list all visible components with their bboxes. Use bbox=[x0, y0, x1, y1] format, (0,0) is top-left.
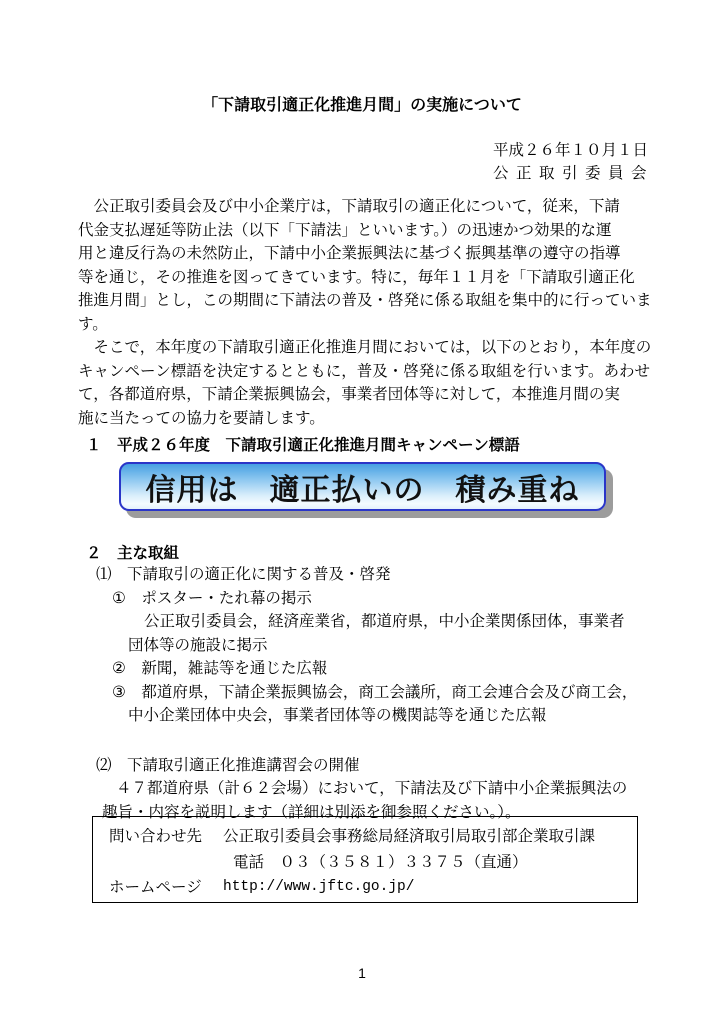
paragraph-line: 等を通じ，その推進を図ってきています。特に，毎年１１月を「下請取引適正化 bbox=[78, 266, 652, 290]
contact-row: 問い合わせ先 公正取引委員会事務総局経済取引局取引部企業取引課 bbox=[109, 824, 637, 850]
item-1-sub-1-line: 団体等の施設に掲示 bbox=[128, 634, 658, 658]
contact-department: 公正取引委員会事務総局経済取引局取引部企業取引課 bbox=[223, 824, 637, 850]
paragraph-line: 代金支払遅延等防止法（以下「下請法」といいます。）の迅速かつ効果的な運 bbox=[78, 219, 652, 243]
page-number: 1 bbox=[0, 965, 724, 981]
paragraph-line: 推進月間」とし，この期間に下請法の普及・啓発に係る取組を集中的に行っていま bbox=[78, 289, 652, 313]
item-2-label: ⑵ 下請取引適正化推進講習会の開催 bbox=[96, 754, 658, 778]
contact-label-empty bbox=[109, 850, 209, 876]
item-1-label: ⑴ 下請取引の適正化に関する普及・啓発 bbox=[96, 563, 658, 587]
contact-label: ホームページ bbox=[109, 875, 209, 901]
contact-info-box: 問い合わせ先 公正取引委員会事務総局経済取引局取引部企業取引課 電話 ０３（３５… bbox=[92, 816, 638, 903]
paragraph-line: 公正取引委員会及び中小企業庁は，下請取引の適正化について，従来，下請 bbox=[78, 195, 652, 219]
paragraph-line: 用と違反行為の未然防止，下請中小企業振興法に基づく振興基準の遵守の指導 bbox=[78, 242, 652, 266]
contact-website-url: http://www.jftc.go.jp/ bbox=[223, 875, 637, 901]
item-1-sub-3-line: 中小企業団体中央会，事業者団体等の機関誌等を通じた広報 bbox=[128, 704, 658, 728]
section-2-body: ⑴ 下請取引の適正化に関する普及・啓発 ① ポスター・たれ幕の掲示 公正取引委員… bbox=[78, 563, 658, 824]
paragraph-line: キャンペーン標語を決定するとともに，普及・啓発に係る取組を行います。あわせ bbox=[78, 360, 651, 384]
paragraph-line: て，各都道府県，下請企業振興協会，事業者団体等に対して，本推進月間の実 bbox=[78, 383, 651, 407]
issuing-organization: 公正取引委員会 bbox=[493, 161, 654, 183]
item-1-sub-1-title: ① ポスター・たれ幕の掲示 bbox=[112, 587, 658, 611]
section-2-heading: ２ 主な取組 bbox=[86, 541, 179, 563]
document-page: 「下請取引適正化推進月間」の実施について 平成２６年１０月１日 公正取引委員会 … bbox=[0, 0, 724, 1024]
item-2-block: ⑵ 下請取引適正化推進講習会の開催 ４７都道府県（計６２会場）において，下請法及… bbox=[78, 754, 658, 825]
document-title: 「下請取引適正化推進月間」の実施について bbox=[0, 92, 724, 115]
item-2-line: ４７都道府県（計６２会場）において，下請法及び下請中小企業振興法の bbox=[116, 777, 658, 801]
campaign-slogan-banner: 信用は 適正払いの 積み重ね bbox=[119, 462, 606, 511]
contact-row: ホームページ http://www.jftc.go.jp/ bbox=[109, 875, 637, 901]
section-1-heading: １ 平成２６年度 下請取引適正化推進月間キャンペーン標語 bbox=[86, 433, 520, 455]
campaign-slogan-text: 信用は 適正払いの 積み重ね bbox=[146, 465, 580, 509]
paragraph-line: そこで，本年度の下請取引適正化推進月間においては，以下のとおり，本年度の bbox=[78, 336, 651, 360]
contact-phone: 電話 ０３（３５８１）３３７５（直通） bbox=[223, 850, 637, 876]
item-1-sub-1-line: 公正取引委員会，経済産業省，都道府県，中小企業関係団体，事業者 bbox=[144, 610, 658, 634]
intro-paragraph-2: そこで，本年度の下請取引適正化推進月間においては，以下のとおり，本年度の キャン… bbox=[78, 336, 651, 430]
paragraph-line: す。 bbox=[78, 313, 652, 337]
document-date: 平成２６年１０月１日 bbox=[493, 138, 648, 160]
item-1-sub-3-title: ③ 都道府県，下請企業振興協会，商工会議所，商工会連合会及び商工会， bbox=[112, 681, 658, 705]
item-1-sub-2-title: ② 新聞，雑誌等を通じた広報 bbox=[112, 657, 658, 681]
intro-paragraph-1: 公正取引委員会及び中小企業庁は，下請取引の適正化について，従来，下請 代金支払遅… bbox=[78, 195, 652, 336]
contact-row: 電話 ０３（３５８１）３３７５（直通） bbox=[109, 850, 637, 876]
contact-label: 問い合わせ先 bbox=[109, 824, 209, 850]
paragraph-line: 施に当たっての協力を要請します。 bbox=[78, 407, 651, 431]
